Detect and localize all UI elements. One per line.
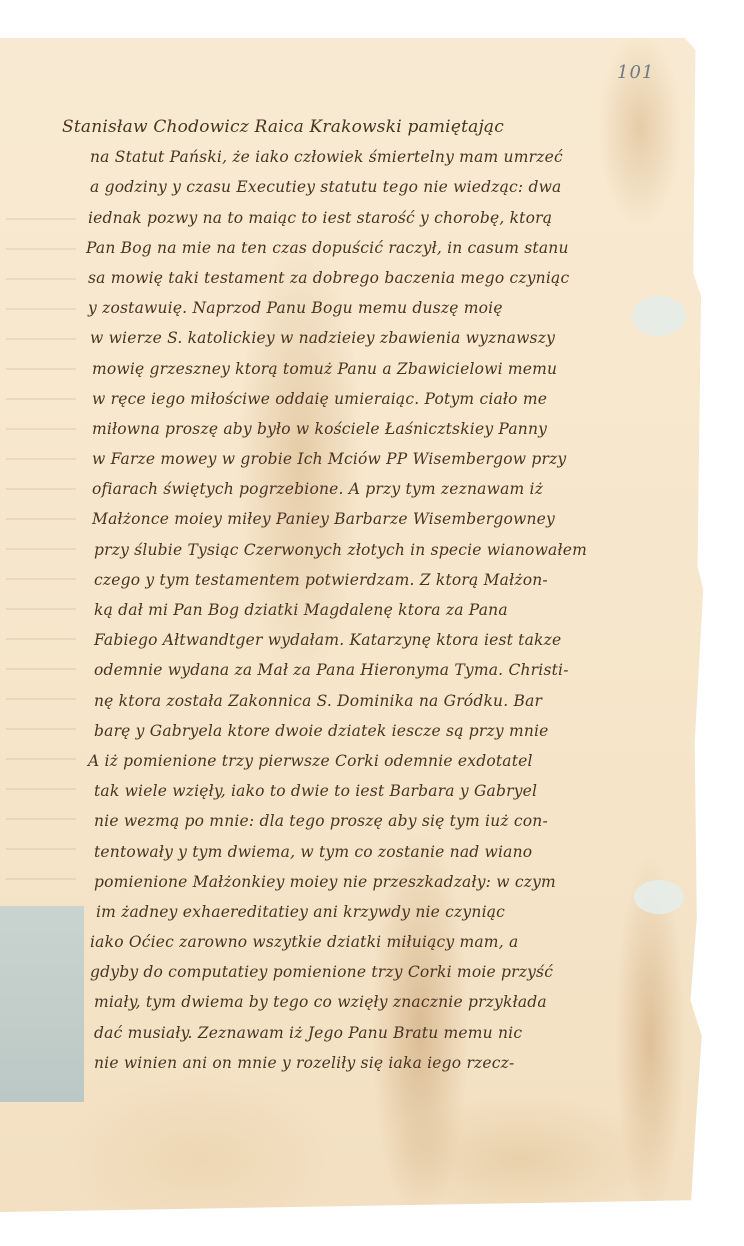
text-line: ką dał mi Pan Bog dziatki Magdalenę ktor… <box>62 595 702 625</box>
text-line: nę ktora została Zakonnica S. Dominika n… <box>62 686 702 716</box>
text-line: czego y tym testamentem potwierdzam. Z k… <box>62 565 702 595</box>
text-line: odemnie wydana za Mał za Pana Hieronyma … <box>62 655 702 685</box>
text-line: w ręce iego miłościwe oddaię umieraiąc. … <box>62 384 702 414</box>
text-line: tak wiele wzięły, iako to dwie to iest B… <box>62 776 702 806</box>
text-line: gdyby do computatiey pomienione trzy Cor… <box>62 957 702 987</box>
text-line: na Statut Pański, że iako człowiek śmier… <box>62 142 702 172</box>
text-line: sa mowię taki testament za dobrego bacze… <box>62 263 702 293</box>
text-line: w wierze S. katolickiey w nadzieiey zbaw… <box>62 323 702 353</box>
text-line: pomienione Małżonkiey moiey nie przeszka… <box>62 867 702 897</box>
text-line: w Farze mowey w grobie Ich Mciów PP Wise… <box>62 444 702 474</box>
text-line: A iż pomienione trzy pierwsze Corki odem… <box>62 746 702 776</box>
page-number: 101 <box>617 62 654 83</box>
text-line: Małżonce moiey miłey Paniey Barbarze Wis… <box>62 504 702 534</box>
text-line: tentowały y tym dwiema, w tym co zostani… <box>62 837 702 867</box>
text-line: Fabiego Ałtwandtger wydałam. Katarzynę k… <box>62 625 702 655</box>
text-line: nie wezmą po mnie: dla tego proszę aby s… <box>62 806 702 836</box>
manuscript-text: Stanisław Chodowicz Raica Krakowski pami… <box>62 112 702 1078</box>
text-line: Stanisław Chodowicz Raica Krakowski pami… <box>62 112 702 142</box>
text-line: Pan Bog na mie na ten czas dopuścić racz… <box>62 233 702 263</box>
text-line: przy ślubie Tysiąc Czerwonych złotych in… <box>62 535 702 565</box>
text-line: ofiarach świętych pogrzebione. A przy ty… <box>62 474 702 504</box>
text-line: miały, tym dwiema by tego co wzięły znac… <box>62 987 702 1017</box>
text-line: barę y Gabryela ktore dwoie dziatek iesc… <box>62 716 702 746</box>
text-line: mowię grzeszney ktorą tomuż Panu a Zbawi… <box>62 354 702 384</box>
text-line: y zostawuię. Naprzod Panu Bogu memu dusz… <box>62 293 702 323</box>
text-line: miłowna proszę aby było w kościele Łaśni… <box>62 414 702 444</box>
text-line: nie winien ani on mnie y rozeliły się ia… <box>62 1048 702 1078</box>
text-line: dać musiały. Zeznawam iż Jego Panu Bratu… <box>62 1018 702 1048</box>
text-line: a godziny y czasu Executiey statutu tego… <box>62 172 702 202</box>
text-line: im żadney exhaereditatiey ani krzywdy ni… <box>62 897 702 927</box>
text-line: iako Oćiec zarowno wszytkie dziatki miłu… <box>62 927 702 957</box>
text-line: iednak pozwy na to maiąc to iest starość… <box>62 203 702 233</box>
